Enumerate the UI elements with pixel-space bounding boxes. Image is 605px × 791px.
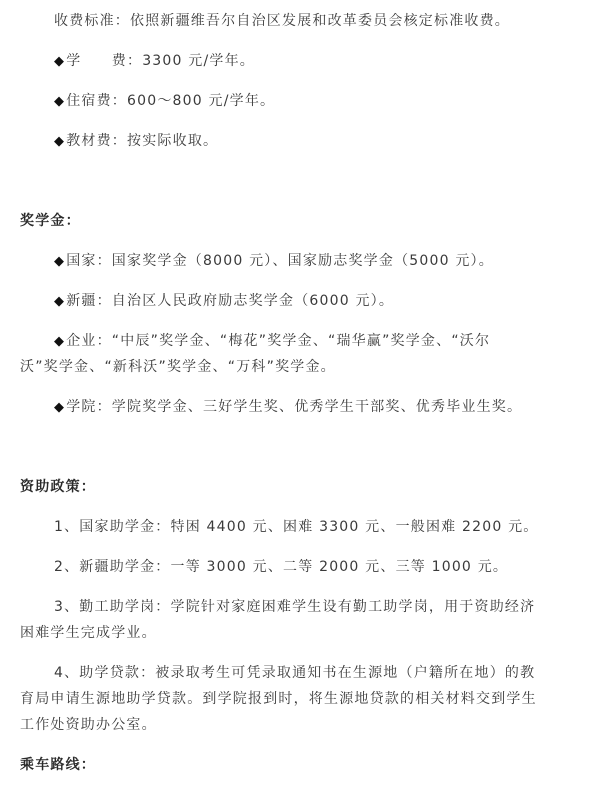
- diamond-bullet-icon: ◆: [54, 254, 65, 269]
- aid-item-4-cont2: 工作处资助办公室。: [20, 716, 157, 734]
- tuition-label: 学 费：: [66, 53, 142, 69]
- fee-standard: 收费标准：依照新疆维吾尔自治区发展和改革委员会核定标准收费。: [54, 12, 510, 30]
- scholarship-xinjiang-text: 新疆：自治区人民政府励志奖学金（6000 元）。: [66, 293, 394, 309]
- aid-item-4: 4、助学贷款：被录取考生可凭录取通知书在生源地（户籍所在地）的教: [54, 664, 535, 682]
- scholarship-enterprise: ◆企业：“中辰”奖学金、“梅花”奖学金、“瑞华赢”奖学金、“沃尔: [54, 332, 490, 351]
- scholarship-college: ◆学院：学院奖学金、三好学生奖、优秀学生干部奖、优秀毕业生奖。: [54, 398, 522, 417]
- diamond-bullet-icon: ◆: [54, 294, 65, 309]
- scholarship-xinjiang: ◆新疆：自治区人民政府励志奖学金（6000 元）。: [54, 292, 394, 311]
- tuition-value: 3300 元/学年。: [142, 53, 255, 69]
- diamond-bullet-icon: ◆: [54, 134, 65, 149]
- scholarship-national: ◆国家：国家奖学金（8000 元）、国家励志奖学金（5000 元）。: [54, 252, 494, 271]
- aid-item-2: 2、新疆助学金：一等 3000 元、二等 2000 元、三等 1000 元。: [54, 558, 508, 576]
- aid-item-4-cont1: 育局申请生源地助学贷款。到学院报到时，将生源地贷款的相关材料交到学生: [20, 690, 537, 708]
- aid-item-1: 1、国家助学金：特困 4400 元、困难 3300 元、一般困难 2200 元。: [54, 518, 539, 536]
- books-label: 教材费：: [66, 133, 127, 149]
- lodging-value: 600～800 元/学年。: [127, 93, 275, 109]
- scholarship-college-text: 学院：学院奖学金、三好学生奖、优秀学生干部奖、优秀毕业生奖。: [66, 399, 522, 415]
- scholarship-heading: 奖学金：: [20, 212, 81, 230]
- fee-tuition: ◆学 费：3300 元/学年。: [54, 52, 255, 71]
- fee-books: ◆教材费：按实际收取。: [54, 132, 218, 151]
- diamond-bullet-icon: ◆: [54, 334, 65, 349]
- books-value: 按实际收取。: [127, 133, 218, 149]
- aid-item-3: 3、勤工助学岗：学院针对家庭困难学生设有勤工助学岗，用于资助经济: [54, 598, 535, 616]
- fee-lodging: ◆住宿费：600～800 元/学年。: [54, 92, 275, 111]
- scholarship-enterprise-cont: 沃”奖学金、“新科沃”奖学金、“万科”奖学金。: [20, 358, 336, 376]
- diamond-bullet-icon: ◆: [54, 54, 65, 69]
- lodging-label: 住宿费：: [66, 93, 127, 109]
- diamond-bullet-icon: ◆: [54, 400, 65, 415]
- scholarship-national-text: 国家：国家奖学金（8000 元）、国家励志奖学金（5000 元）。: [66, 253, 494, 269]
- transport-heading: 乘车路线：: [20, 756, 96, 774]
- aid-heading: 资助政策：: [20, 478, 96, 496]
- diamond-bullet-icon: ◆: [54, 94, 65, 109]
- scholarship-enterprise-text: 企业：“中辰”奖学金、“梅花”奖学金、“瑞华赢”奖学金、“沃尔: [66, 333, 490, 349]
- aid-item-3-cont: 困难学生完成学业。: [20, 624, 157, 642]
